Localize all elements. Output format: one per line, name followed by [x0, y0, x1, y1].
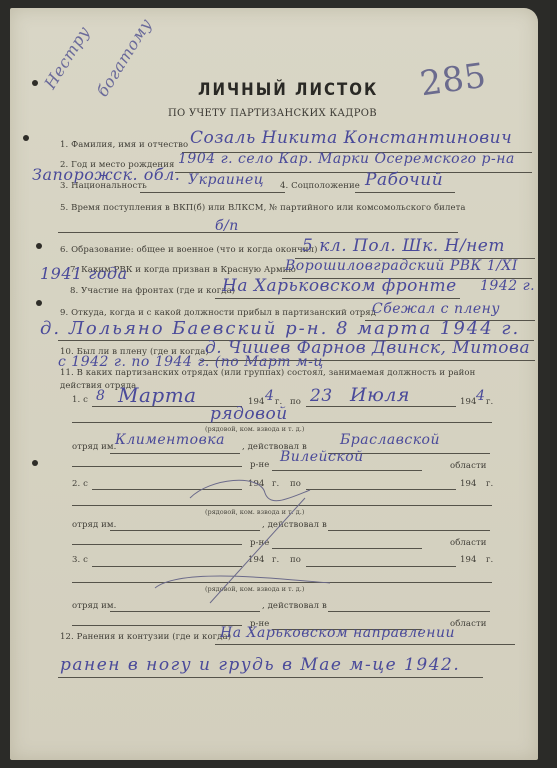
field-1-value: Созаль Никита Константинович	[190, 128, 512, 148]
field-9-value: Сбежал с плену	[372, 301, 500, 317]
entry-1-position: рядовой	[210, 404, 288, 424]
punch-hole	[23, 135, 29, 141]
entry-2-otryad-label: отряд им.	[72, 520, 116, 530]
entry-2-to-year-prefix: 194	[460, 479, 477, 489]
page-number: 285	[418, 56, 489, 105]
page-subtitle: ПО УЧЕТУ ПАРТИЗАНСКИХ КАДРОВ	[168, 108, 377, 119]
entry-3-num: 3. с	[72, 555, 88, 565]
field-12-label: 12. Ранения и контузии (где и когда)	[60, 632, 231, 642]
entry-1-otryad-label: отряд им.	[72, 442, 116, 452]
document-sheet: Нестру богатому 285 ЛИЧНЫЙ ЛИСТОК ПО УЧЕ…	[10, 8, 538, 760]
entry-3-oblast-label: области	[450, 619, 487, 629]
field-4-label: 4. Соцположение	[280, 181, 360, 191]
field-7-value-cont: 1941 года	[40, 264, 128, 283]
punch-hole	[36, 300, 42, 306]
cross-out-stroke	[150, 468, 370, 608]
field-6-value: 5 кл. Пол. Шк. Н/нет	[302, 236, 505, 256]
entry-1-to-g: г.	[486, 397, 493, 407]
field-8-year: 1942 г.	[480, 278, 535, 294]
field-3-label: 3. Национальность	[60, 181, 147, 191]
field-12-value-cont: ранен в ногу и грудь в Мае м-це 1942.	[60, 655, 460, 675]
entry-1-to-month: Июля	[350, 384, 410, 406]
field-8-value: На Харьковском фронте	[222, 276, 457, 296]
margin-note-line2: богатому	[93, 15, 156, 100]
field-2-value: 1904 г. село Кар. Марки Осеремского р-на	[178, 151, 515, 167]
entry-1-to-label: по	[290, 397, 301, 407]
entry-1-to-year-prefix: 194	[460, 397, 477, 407]
entry-1-otryad: Климентовка	[115, 432, 225, 448]
entry-2-to-g: г.	[486, 479, 493, 489]
field-5-value: б/п	[215, 218, 239, 234]
entry-1-rne: Вилейской	[280, 449, 364, 465]
entry-3-to-g: г.	[486, 555, 493, 565]
entry-1-num: 1. с	[72, 395, 88, 405]
field-5-label: 5. Время поступления в ВКП(б) или ВЛКСМ,…	[60, 203, 466, 213]
field-1-label: 1. Фамилия, имя и отчество	[60, 140, 188, 150]
margin-note-line1: Нестру	[40, 23, 93, 92]
entry-3-to-year-prefix: 194	[460, 555, 477, 565]
field-8-label: 8. Участие на фронтах (где и когда)	[70, 286, 235, 296]
entry-1-oblast-label: области	[450, 461, 487, 471]
page-title: ЛИЧНЫЙ ЛИСТОК	[198, 79, 378, 100]
punch-hole	[32, 460, 38, 466]
punch-hole	[36, 243, 42, 249]
entry-1-from-month: Марта	[118, 383, 197, 407]
entry-1-to-day: 23	[310, 386, 333, 406]
field-6-label: 6. Образование: общее и военное (что и к…	[60, 245, 318, 255]
entry-1-from-year-suffix: 4	[265, 388, 274, 404]
entry-2-num: 2. с	[72, 479, 88, 489]
entry-1-acted-in: Браславской	[340, 432, 440, 448]
field-9-value-cont: д. Лольяно Баевский р-н. 8 марта 1944 г.	[40, 318, 520, 339]
field-7-value: Ворошиловградский РВК 1/XI	[285, 258, 518, 274]
entry-1-from-day: 8	[96, 388, 105, 404]
field-9-label: 9. Откуда, когда и с какой должности при…	[60, 308, 376, 318]
entry-2-oblast-label: области	[450, 538, 487, 548]
entry-3-otryad-label: отряд им.	[72, 601, 116, 611]
field-4-value: Рабочий	[365, 170, 443, 190]
field-3-value: Украинец	[188, 172, 264, 188]
entry-1-to-year-suffix: 4	[476, 388, 485, 404]
punch-hole	[32, 80, 38, 86]
field-12-value: На Харьковском направлении	[220, 625, 455, 641]
